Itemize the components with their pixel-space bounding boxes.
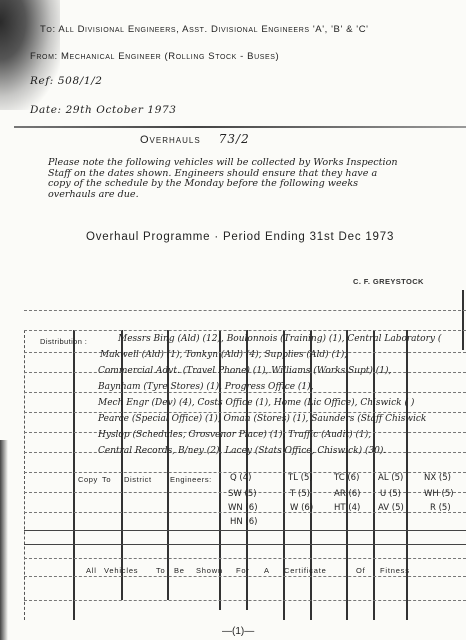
fitness-word: To <box>156 566 166 575</box>
fitness-word: Fitness <box>380 566 410 575</box>
copy-count: (5) <box>392 503 404 513</box>
copy-count: (6) <box>245 503 257 513</box>
distribution-line: Mech Engr (Dev) (4), Costs Office (1), H… <box>98 398 414 408</box>
district-engineer-entry: U (5) <box>380 489 401 499</box>
copy-count: (6) <box>348 489 360 499</box>
grid-hline <box>24 412 466 413</box>
district-code: U <box>380 489 386 499</box>
grid-hline <box>24 392 466 393</box>
district-engineer-entry: HT (4) <box>334 503 360 513</box>
from-line: From: Mechanical Engineer (Rolling Stock… <box>30 51 279 62</box>
copy-count: (5) <box>389 489 401 499</box>
district-engineer-entry: NX (5) <box>424 473 451 483</box>
heading-number: 73/2 <box>219 132 250 146</box>
distribution-line: Baynham (Tyre Stores) (1), Progress Offi… <box>98 382 314 392</box>
distribution-label: Distribution : <box>40 337 87 346</box>
date-label: Date: <box>30 104 62 116</box>
copy-count: (4) <box>348 503 360 513</box>
distribution-line: Messrs Bing (Ald) (12), Boulonnois (Trai… <box>118 334 441 344</box>
grid-hline <box>24 576 466 577</box>
ref-line: Ref: 508/1/2 <box>30 75 103 87</box>
programme-title: Overhaul Programme · Period Ending 31st … <box>86 231 394 243</box>
date-value: 29th October 1973 <box>66 104 177 116</box>
district-engineer-entry: WN (6) <box>228 503 258 513</box>
fitness-word: Certificate <box>284 566 327 575</box>
district-engineer-entry: W (6) <box>290 503 313 513</box>
district-engineer-entry: WH (5) <box>424 489 454 499</box>
district-code: T <box>290 489 295 499</box>
district-engineer-entry: TL (5) <box>288 473 313 483</box>
district-engineer-entry: Q (4) <box>230 473 251 483</box>
district-engineer-entry: AV (5) <box>378 503 404 513</box>
grid-hline <box>24 310 466 311</box>
paragraph-line: overhauls are due. <box>48 190 458 201</box>
copy-count: (5) <box>439 473 451 483</box>
copy-count: (5) <box>301 473 313 483</box>
distribution-line: Commercial Advt. (Travel Phone) (1), Wil… <box>98 366 391 376</box>
ref-label: Ref: <box>30 75 54 87</box>
district-engineer-entry: R (5) <box>430 503 451 513</box>
copy-count: (5) <box>439 503 451 513</box>
paragraph-line: copy of the schedule by the Monday befor… <box>48 179 458 190</box>
copy-count: (5) <box>442 489 454 499</box>
copy-count: (6) <box>301 503 313 513</box>
copy-count: (6) <box>347 473 359 483</box>
district-engineer-entry: SW (5) <box>228 489 257 499</box>
district-engineer-entry: HN (6) <box>230 517 258 527</box>
copy-count: (5) <box>391 473 403 483</box>
fitness-word: For <box>236 566 250 575</box>
copy-count: (6) <box>245 517 257 527</box>
distribution-line: Makwell (Ald) (1), Tonkyn (Ald) (4), Sup… <box>100 350 347 360</box>
fitness-word: Of <box>356 566 366 575</box>
copy-count: (5) <box>245 489 257 499</box>
ref-value: 508/1/2 <box>58 75 103 87</box>
district-code: R <box>430 503 436 513</box>
district-engineer-entry: T (5) <box>290 489 310 499</box>
district-code: NX <box>424 473 436 483</box>
from-label: From: <box>30 51 58 62</box>
copy-label-word: To <box>102 475 111 484</box>
header-divider <box>14 126 466 128</box>
copy-label-word: District <box>124 475 152 484</box>
fitness-word: All <box>86 566 97 575</box>
to-label: To: <box>40 24 56 35</box>
district-engineer-entry: AR (6) <box>334 489 360 499</box>
fitness-word: A <box>264 566 270 575</box>
heading-title: Overhauls <box>140 134 201 146</box>
copy-count: (4) <box>239 473 251 483</box>
distribution-line: Central Records, B/ney (2), Lacey (Stats… <box>98 446 386 456</box>
district-code: TC <box>334 473 345 483</box>
to-recipients: All Divisional Engineers, Asst. Division… <box>58 24 368 35</box>
copy-label-word: Engineers: <box>170 475 212 484</box>
fitness-word: Shown <box>196 566 223 575</box>
district-code: WN <box>228 503 243 513</box>
district-code: HT <box>334 503 346 513</box>
copy-count: (5) <box>298 489 310 499</box>
fitness-word: Be <box>174 566 185 575</box>
page-number: —(1)— <box>222 626 254 637</box>
grid-hline <box>24 530 466 531</box>
scan-shadow-edge <box>0 440 8 640</box>
date-line: Date: 29th October 1973 <box>30 104 177 116</box>
district-engineer-entry: AL (5) <box>378 473 403 483</box>
grid-vline <box>462 290 464 350</box>
grid-hline <box>24 544 466 545</box>
grid-hline <box>24 330 466 331</box>
district-code: W <box>290 503 298 513</box>
from-sender: Mechanical Engineer (Rolling Stock - Bus… <box>61 51 279 62</box>
grid-hline <box>24 600 466 601</box>
district-code: TL <box>288 473 298 483</box>
district-code: AL <box>378 473 389 483</box>
district-engineer-entry: TC (6) <box>334 473 359 483</box>
fitness-word: Vehicles <box>104 566 138 575</box>
district-code: SW <box>228 489 242 499</box>
district-code: HN <box>230 517 243 527</box>
paragraph-line: Please note the following vehicles will … <box>48 158 458 169</box>
overhauls-heading: Overhauls 73/2 <box>140 132 250 146</box>
district-code: WH <box>424 489 439 499</box>
distribution-line: Pearce (Special Office) (1), Oman (Store… <box>98 414 426 424</box>
district-code: Q <box>230 473 237 483</box>
signature: C. F. GREYSTOCK <box>353 277 424 286</box>
instructions-paragraph: Please note the following vehicles will … <box>48 158 458 200</box>
district-code: AR <box>334 489 346 499</box>
to-line: To: All Divisional Engineers, Asst. Divi… <box>40 24 369 35</box>
district-code: AV <box>378 503 389 513</box>
copy-label-word: Copy <box>78 475 98 484</box>
grid-hline <box>24 558 466 559</box>
distribution-line: Hyslop (Schedules, Grosvenor Place) (1),… <box>98 430 371 440</box>
